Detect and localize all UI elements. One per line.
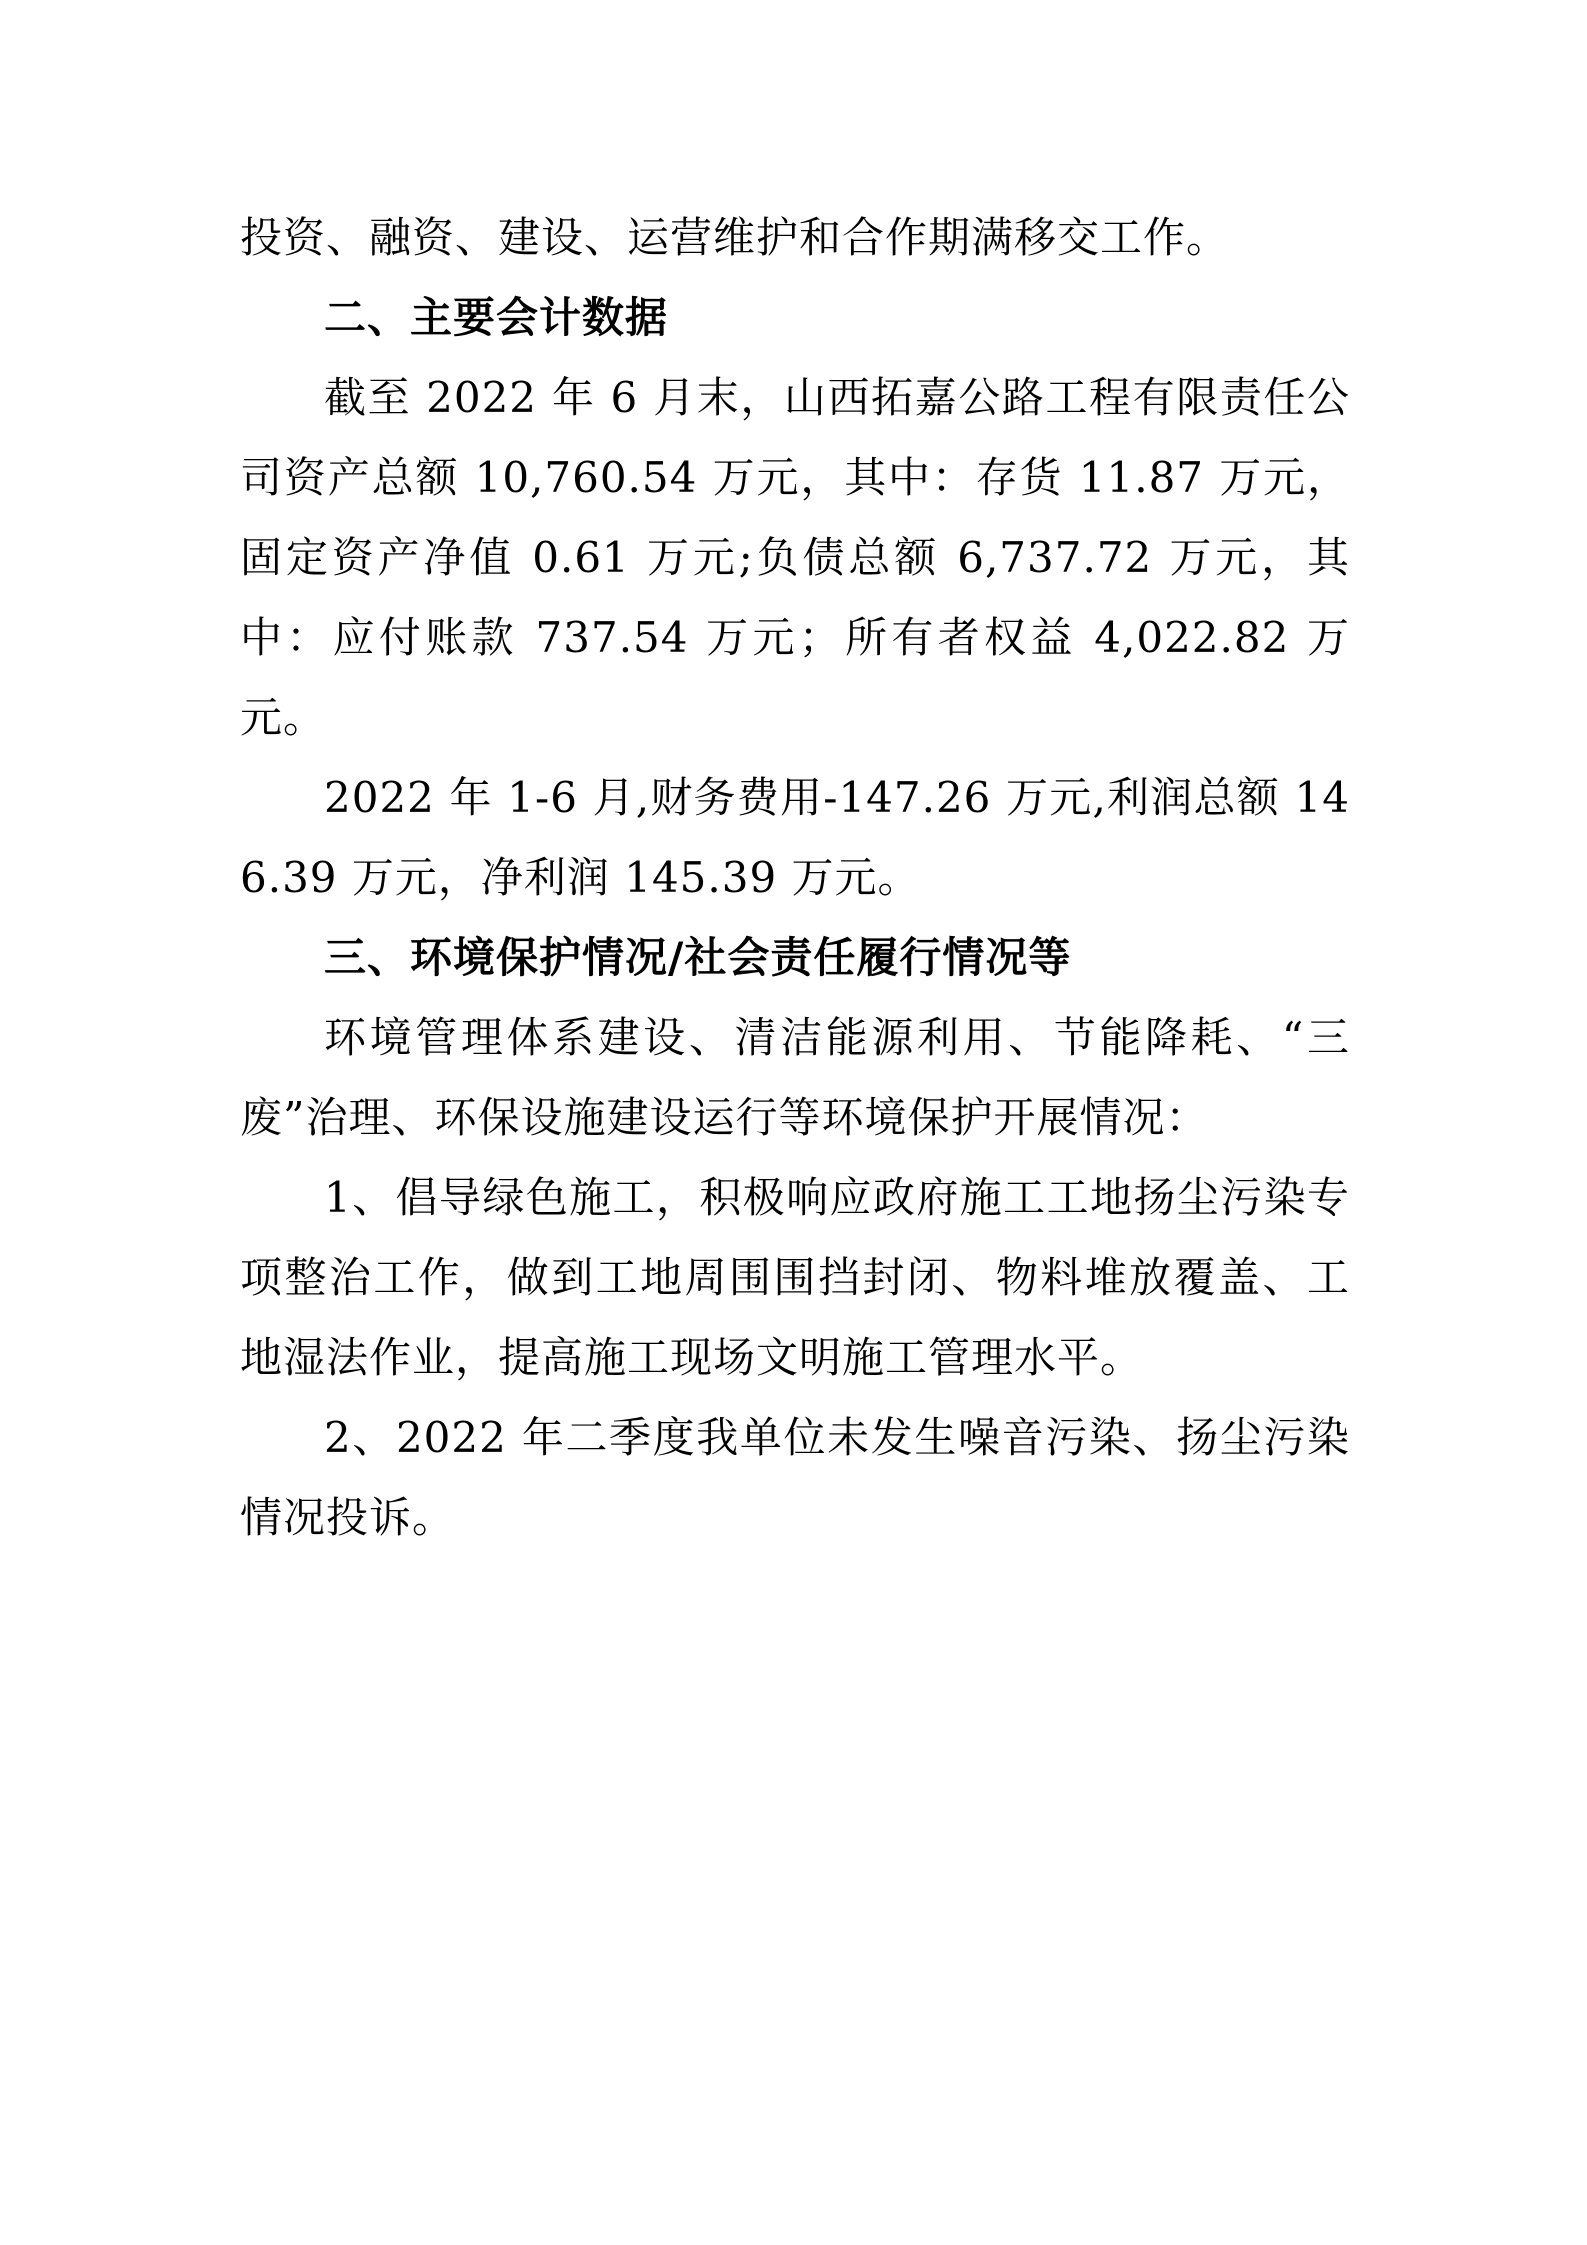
body-paragraph: 2022 年 1-6 月,财务费用-147.26 万元,利润总额 146.39 …	[240, 758, 1350, 918]
body-paragraph: 截至 2022 年 6 月末，山西拓嘉公路工程有限责任公司资产总额 10,760…	[240, 358, 1350, 758]
body-paragraph: 投资、融资、建设、运营维护和合作期满移交工作。	[240, 198, 1350, 278]
section-heading: 二、主要会计数据	[240, 278, 1350, 358]
document-content: 投资、融资、建设、运营维护和合作期满移交工作。二、主要会计数据截至 2022 年…	[240, 198, 1350, 1558]
section-heading: 三、环境保护情况/社会责任履行情况等	[240, 918, 1350, 998]
document-page: 投资、融资、建设、运营维护和合作期满移交工作。二、主要会计数据截至 2022 年…	[0, 0, 1587, 2245]
body-paragraph: 2、2022 年二季度我单位未发生噪音污染、扬尘污染情况投诉。	[240, 1398, 1350, 1558]
body-paragraph: 1、倡导绿色施工，积极响应政府施工工地扬尘污染专项整治工作，做到工地周围围挡封闭…	[240, 1158, 1350, 1398]
body-paragraph: 环境管理体系建设、清洁能源利用、节能降耗、“三废”治理、环保设施建设运行等环境保…	[240, 998, 1350, 1158]
